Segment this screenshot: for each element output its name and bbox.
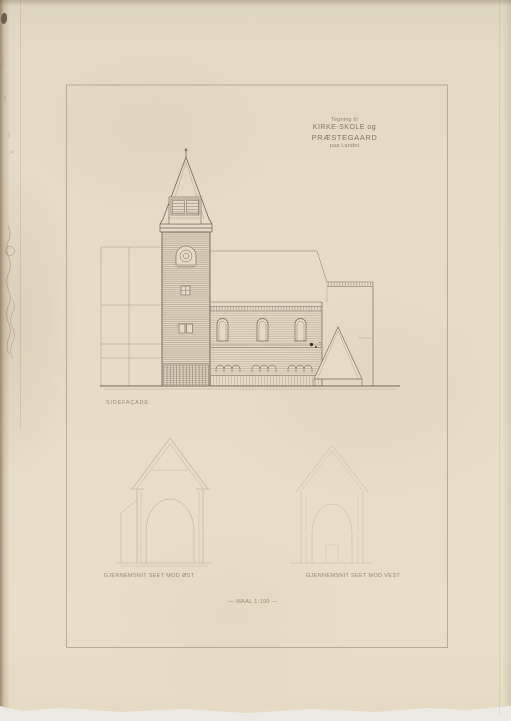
section-west-caption: GJENNEMSNIT SEET MOD VEST bbox=[306, 573, 400, 579]
tower bbox=[160, 148, 212, 386]
elevation-caption: SIDEFAÇADE bbox=[106, 400, 149, 406]
title-block: Tegning til KIRKE-SKOLE og PRÆSTEGAARD p… bbox=[287, 117, 402, 149]
scanned-drawing-sheet: Tegning til KIRKE-SKOLE og PRÆSTEGAARD p… bbox=[0, 0, 511, 721]
section-east-caption: GJENNEMSNIT SEET MOD ØST bbox=[104, 573, 195, 579]
side-facade-elevation bbox=[100, 148, 400, 389]
ground-line bbox=[100, 386, 400, 389]
drawing-artwork bbox=[0, 0, 511, 721]
title-line-1: KIRKE-SKOLE og bbox=[287, 124, 402, 131]
tower-base bbox=[163, 364, 209, 385]
cross-section-east bbox=[116, 438, 212, 566]
margin-pencil-annotation bbox=[3, 58, 15, 359]
scale-note: — MAAL 1:100 — bbox=[228, 599, 277, 605]
belfry-louvers bbox=[169, 197, 201, 224]
nave-roof bbox=[210, 251, 327, 282]
left-wing-outline bbox=[101, 247, 162, 386]
nave-wall bbox=[210, 302, 322, 386]
title-suffix: paa Landet bbox=[287, 143, 402, 149]
title-line-2: PRÆSTEGAARD bbox=[287, 133, 402, 142]
tower-rose-window bbox=[176, 246, 196, 267]
cross-section-west bbox=[290, 445, 373, 563]
title-prefix: Tegning til bbox=[287, 117, 402, 123]
